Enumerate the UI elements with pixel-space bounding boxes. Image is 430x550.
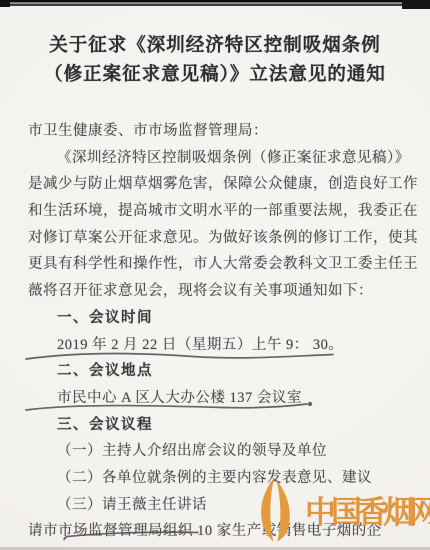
meeting-time-value: 2019 年 2 月 22 日（星期五）上午 9： 30。 (28, 332, 408, 359)
agenda-item-1: （一）主持人介绍出席会议的领导及单位 (28, 438, 408, 465)
section-heading-meeting-place: 二、会议地点 (28, 358, 408, 385)
text-line: 是减少与防止烟草烟雾危害，保障公众健康，创造良好工作 (28, 171, 408, 198)
scanned-notice-page: 关于征求《深圳经济特区控制吸烟条例 （修正案征求意见稿）》立法意见的通知 市卫生… (0, 0, 430, 550)
notice-title-line-1: 关于征求《深圳经济特区控制吸烟条例 (0, 32, 430, 61)
watermark-site-name: 中国香烟网 (305, 494, 430, 532)
section-heading-meeting-agenda: 三、会议议程 (28, 412, 408, 439)
notice-body: 市卫生健康委、市市场监督管理局： 《深圳经济特区控制吸烟条例（修正案征求意见稿）… (28, 118, 408, 545)
text-line: 和生活环境，提高城市文明水平的一部重要法规，我委正在 (28, 198, 408, 225)
scan-edge-bar (0, 0, 430, 6)
text-line: 更具有科学性和操作性，市人大常委会教科文卫工委主任王 (28, 251, 408, 278)
text-line: 对修订草案公开征求意见。为做好该条例的修订工作，使其 (28, 225, 408, 252)
section-heading-meeting-time: 一、会议时间 (28, 305, 408, 332)
agenda-item-2: （二）各单位就条例的主要内容发表意见、建议 (28, 465, 408, 492)
salutation-line: 市卫生健康委、市市场监督管理局： (28, 118, 408, 145)
text-line: 薇将召开征求意见会，现将会议有关事项通知如下： (28, 278, 408, 305)
meeting-place-value: 市民中心 A 区人大办公楼 137 会议室 (28, 385, 408, 412)
notice-title-line-2: （修正案征求意见稿）》立法意见的通知 (0, 61, 430, 90)
notice-title: 关于征求《深圳经济特区控制吸烟条例 （修正案征求意见稿）》立法意见的通知 (0, 32, 430, 89)
tobacco-leaf-icon (250, 476, 302, 544)
text-line: 《深圳经济特区控制吸烟条例（修正案征求意见稿）》 (28, 145, 408, 172)
